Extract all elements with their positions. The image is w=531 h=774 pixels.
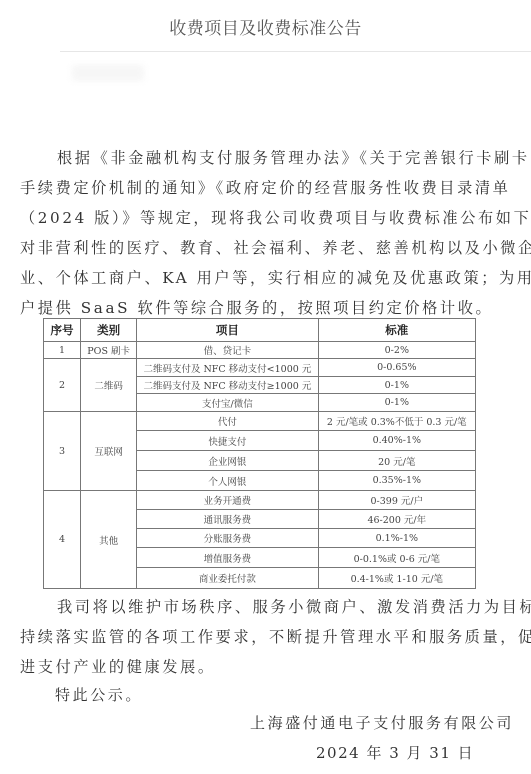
page-title: 收费项目及收费标准公告 [0,14,531,39]
row-item: 企业网银 [137,451,318,471]
closing-line: 持续落实监管的各项工作要求，不断提升管理水平和服务质量，促 [20,622,530,652]
intro-line: 业、个体工商户、KA 用户等，实行相应的减免及优惠政策；为用 [20,263,525,293]
header-category: 类别 [81,319,137,342]
row-item: 商业委托付款 [137,568,318,589]
fee-table: 序号 类别 项目 标准 1 POS 刷卡 借、贷记卡 0-2% 2 二维码 二维… [43,318,476,589]
header-no: 序号 [44,319,81,342]
row-item: 分账服务费 [137,529,318,548]
row-item: 个人网银 [137,471,318,491]
row-standard: 0-2% [318,342,475,359]
row-standard: 0-1% [318,394,475,412]
closing-line: 进支付产业的健康发展。 [20,652,530,682]
row-standard: 0-0.65% [318,359,475,377]
closing-line: 我司将以维护市场秩序、服务小微商户、激发消费活力为目标， [20,592,530,622]
row-standard: 0.4-1%或 1-10 元/笔 [318,568,475,589]
row-standard: 0-0.1%或 0-6 元/笔 [318,548,475,568]
row-standard: 46-200 元/年 [318,510,475,529]
row-item: 支付宝/微信 [137,394,318,412]
row-item: 增值服务费 [137,548,318,568]
header-standard: 标准 [318,319,475,342]
table-row: 3 互联网 代付 2 元/笔或 0.3%不低于 0.3 元/笔 [44,412,476,431]
row-standard: 0.35%-1% [318,471,475,491]
row-item: 通讯服务费 [137,510,318,529]
row-standard: 0-399 元/户 [318,491,475,510]
notice-text: 特此公示。 [55,684,143,705]
header-item: 项目 [137,319,318,342]
table-header-row: 序号 类别 项目 标准 [44,319,476,342]
table-row: 2 二维码 二维码支付及 NFC 移动支付<1000 元 0-0.65% [44,359,476,377]
table-row: 4 其他 业务开通费 0-399 元/户 [44,491,476,510]
intro-line: （2024 版）》等规定，现将我公司收费项目与收费标准公布如下。 [20,203,525,233]
company-signature: 上海盛付通电子支付服务有限公司 [250,712,514,733]
row-category: 其他 [81,491,137,589]
row-no: 3 [44,412,81,491]
intro-line: 对非营利性的医疗、教育、社会福利、养老、慈善机构以及小微企 [20,233,525,263]
closing-paragraph: 我司将以维护市场秩序、服务小微商户、激发消费活力为目标， 持续落实监管的各项工作… [20,592,530,682]
row-standard: 0-1% [318,377,475,394]
row-category: 二维码 [81,359,137,412]
signature-date: 2024 年 3 月 31 日 [316,742,474,763]
faint-watermark [72,65,144,81]
row-item: 业务开通费 [137,491,318,510]
row-standard: 2 元/笔或 0.3%不低于 0.3 元/笔 [318,412,475,431]
row-item: 代付 [137,412,318,431]
row-no: 4 [44,491,81,589]
intro-line: 手续费定价机制的通知》《政府定价的经营服务性收费目录清单 [20,173,525,203]
row-category: 互联网 [81,412,137,491]
title-divider [60,51,531,52]
row-category: POS 刷卡 [81,342,137,359]
row-item: 快捷支付 [137,431,318,451]
row-item: 借、贷记卡 [137,342,318,359]
row-item: 二维码支付及 NFC 移动支付≥1000 元 [137,377,318,394]
row-standard: 0.1%-1% [318,529,475,548]
row-no: 1 [44,342,81,359]
table-row: 1 POS 刷卡 借、贷记卡 0-2% [44,342,476,359]
row-standard: 0.40%-1% [318,431,475,451]
row-item: 二维码支付及 NFC 移动支付<1000 元 [137,359,318,377]
row-standard: 20 元/笔 [318,451,475,471]
intro-line: 根据《非金融机构支付服务管理办法》《关于完善银行卡刷卡 [20,143,525,173]
intro-paragraph: 根据《非金融机构支付服务管理办法》《关于完善银行卡刷卡 手续费定价机制的通知》《… [20,143,525,323]
row-no: 2 [44,359,81,412]
